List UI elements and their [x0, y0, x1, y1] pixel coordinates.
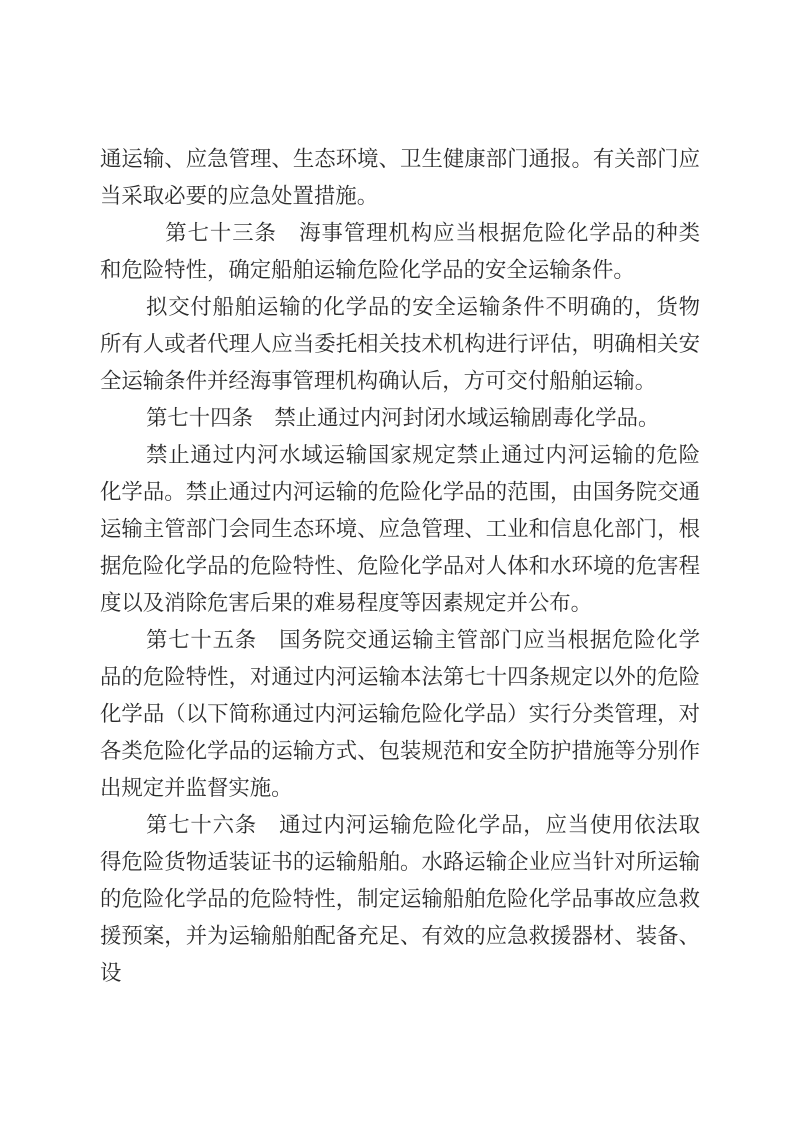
paragraph-article-73-clause-2: 拟交付船舶运输的化学品的安全运输条件不明确的，货物所有人或者代理人应当委托相关技… — [100, 289, 700, 400]
paragraph-article-74-clause-2: 禁止通过内河水域运输国家规定禁止通过内河运输的危险化学品。禁止通过内河运输的危险… — [100, 437, 700, 622]
law-text-block: 通运输、应急管理、生态环境、卫生健康部门通报。有关部门应当采取必要的应急处置措施… — [100, 141, 700, 992]
paragraph-article-75: 第七十五条 国务院交通运输主管部门应当根据危险化学品的危险特性，对通过内河运输本… — [100, 622, 700, 807]
paragraph-article-74: 第七十四条 禁止通过内河封闭水域运输剧毒化学品。 — [100, 400, 700, 437]
paragraph-continuation: 通运输、应急管理、生态环境、卫生健康部门通报。有关部门应当采取必要的应急处置措施… — [100, 141, 700, 215]
paragraph-article-73: 第七十三条 海事管理机构应当根据危险化学品的种类和危险特性，确定船舶运输危险化学… — [100, 215, 700, 289]
paragraph-article-76: 第七十六条 通过内河运输危险化学品，应当使用依法取得危险货物适装证书的运输船舶。… — [100, 807, 700, 992]
document-page: 通运输、应急管理、生态环境、卫生健康部门通报。有关部门应当采取必要的应急处置措施… — [0, 0, 793, 1122]
